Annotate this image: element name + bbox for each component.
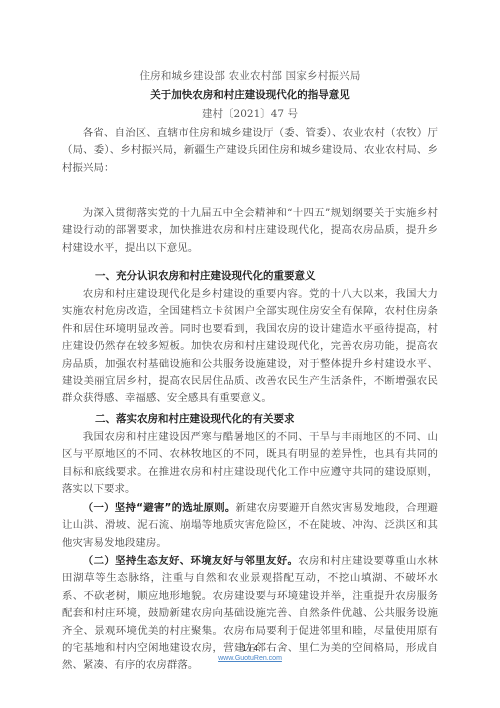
document-number: 建村〔2021〕47 号: [62, 106, 438, 121]
page-indicator: 1 / 4: [0, 644, 500, 653]
intro-paragraph: 为深入贯彻落实党的十九届五中全会精神和“十四五”规划纲要关于实施乡村建设行动的部…: [62, 205, 438, 257]
section-heading-1: 一、充分认识农房和村庄建设现代化的重要意义: [95, 268, 316, 283]
requirement-item-2-text: 农房和村庄建设要尊重山水林田湖草等生态脉络，注重与自然和农业景观搭配互动，不挖山…: [62, 555, 438, 671]
requirement-item-1-lead: （一）坚持“避害”的选址原则。: [83, 502, 236, 514]
requirement-item-1: （一）坚持“避害”的选址原则。新建农房要避开自然灾害易发地段，合理避让山洪、滑坡…: [62, 500, 438, 552]
addressees-paragraph: 各省、自治区、直辖市住房和城乡建设厅（委、管委）、农业农村（农牧）厅（局、委）、…: [62, 125, 438, 177]
issuing-departments: 住房和城乡建设部 农业农村部 国家乡村振兴局: [62, 68, 438, 83]
website-link[interactable]: www.GuotuRen.com: [0, 655, 500, 662]
requirement-item-2-lead: （二）坚持生态友好、环境友好与邻里友好。: [83, 555, 298, 567]
document-title: 关于加快农房和村庄建设现代化的指导意见: [62, 87, 438, 102]
section-heading-2: 二、落实农房和村庄建设现代化的有关要求: [95, 411, 295, 426]
section-1-body: 农房和村庄建设现代化是乡村建设的重要内容。党的十八大以来，我国大力实施农村危房改…: [62, 286, 438, 408]
section-2-body: 我国农房和村庄建设因严寒与酷暑地区的不同、干旱与丰雨地区的不同、山区与平原地区的…: [62, 429, 438, 499]
